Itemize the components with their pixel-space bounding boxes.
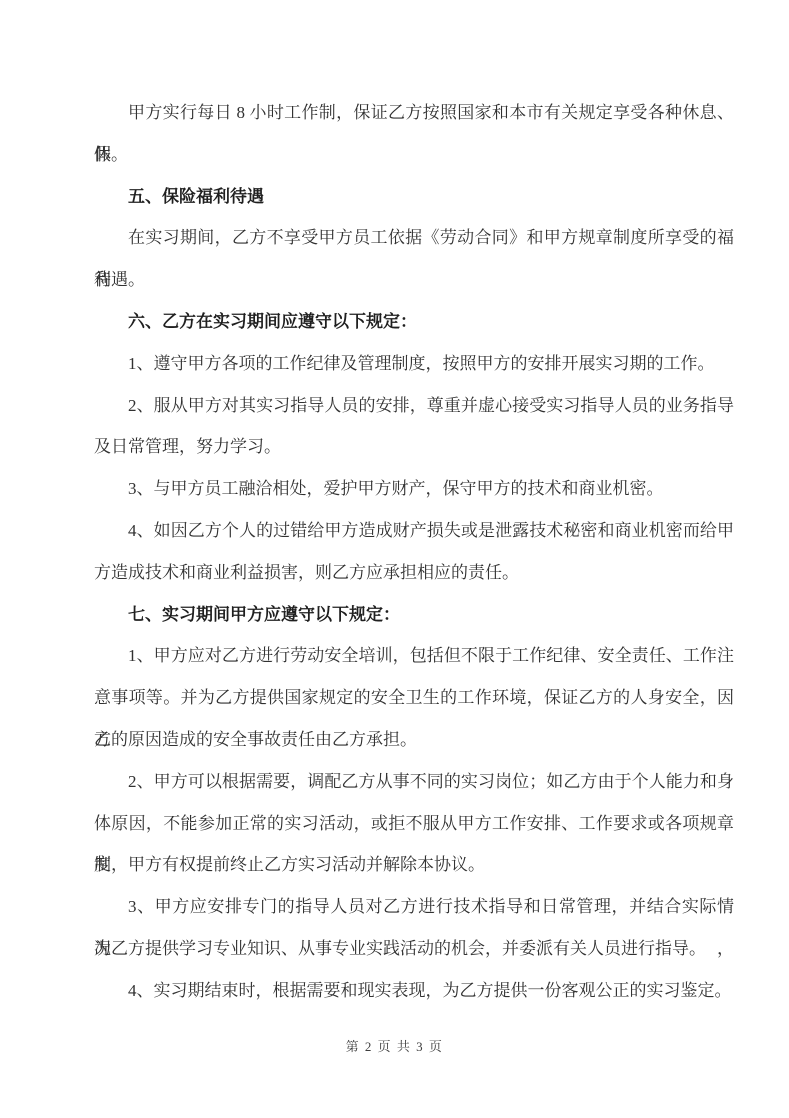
paragraph-line: 2、甲方可以根据需要，调配乙方从事不同的实习岗位；如乙方由于个人能力和身 (94, 761, 734, 803)
paragraph-line: 为乙方提供学习专业知识、从事专业实践活动的机会，并委派有关人员进行指导。 (94, 928, 734, 970)
page-footer: 第 2 页 共 3 页 (0, 1036, 789, 1055)
paragraph-line: 4、实习期结束时，根据需要和现实表现，为乙方提供一份客观公正的实习鉴定。 (94, 970, 734, 1012)
paragraph-line: 意事项等。并为乙方提供国家规定的安全卫生的工作环境，保证乙方的人身安全，因乙 (94, 677, 734, 719)
section-heading: 七、实习期间甲方应遵守以下规定： (94, 594, 734, 636)
section-heading: 六、乙方在实习期间应遵守以下规定： (94, 301, 734, 343)
paragraph-line: 及日常管理，努力学习。 (94, 426, 734, 468)
paragraph-line: 在实习期间，乙方不享受甲方员工依据《劳动合同》和甲方规章制度所享受的福利 (94, 217, 734, 259)
paragraph-line: 3、与甲方员工融洽相处，爱护甲方财产，保守甲方的技术和商业机密。 (94, 468, 734, 510)
paragraph-line: 待遇。 (94, 259, 734, 301)
document-body: 甲方实行每日 8 小时工作制，保证乙方按照国家和本市有关规定享受各种休息、休 假… (94, 92, 734, 1012)
paragraph-line: 4、如因乙方个人的过错给甲方造成财产损失或是泄露技术秘密和商业机密而给甲 (94, 510, 734, 552)
page-number: 第 2 页 共 3 页 (346, 1039, 444, 1054)
paragraph-line: 1、遵守甲方各项的工作纪律及管理制度，按照甲方的安排开展实习期的工作。 (94, 343, 734, 385)
paragraph-line: 体原因，不能参加正常的实习活动，或拒不服从甲方工作安排、工作要求或各项规章制 (94, 803, 734, 845)
paragraph-line: 度，甲方有权提前终止乙方实习活动并解除本协议。 (94, 844, 734, 886)
paragraph-line: 甲方实行每日 8 小时工作制，保证乙方按照国家和本市有关规定享受各种休息、休 (94, 92, 734, 134)
paragraph-line: 1、甲方应对乙方进行劳动安全培训，包括但不限于工作纪律、安全责任、工作注 (94, 635, 734, 677)
paragraph-line: 3、甲方应安排专门的指导人员对乙方进行技术指导和日常管理，并结合实际情况， (94, 886, 734, 928)
paragraph-line: 2、服从甲方对其实习指导人员的安排，尊重并虚心接受实习指导人员的业务指导 (94, 385, 734, 427)
section-heading: 五、保险福利待遇 (94, 176, 734, 218)
document-page: 甲方实行每日 8 小时工作制，保证乙方按照国家和本市有关规定享受各种休息、休 假… (0, 0, 789, 1118)
paragraph-line: 假。 (94, 134, 734, 176)
paragraph-line: 方的原因造成的安全事故责任由乙方承担。 (94, 719, 734, 761)
paragraph-line: 方造成技术和商业利益损害，则乙方应承担相应的责任。 (94, 552, 734, 594)
